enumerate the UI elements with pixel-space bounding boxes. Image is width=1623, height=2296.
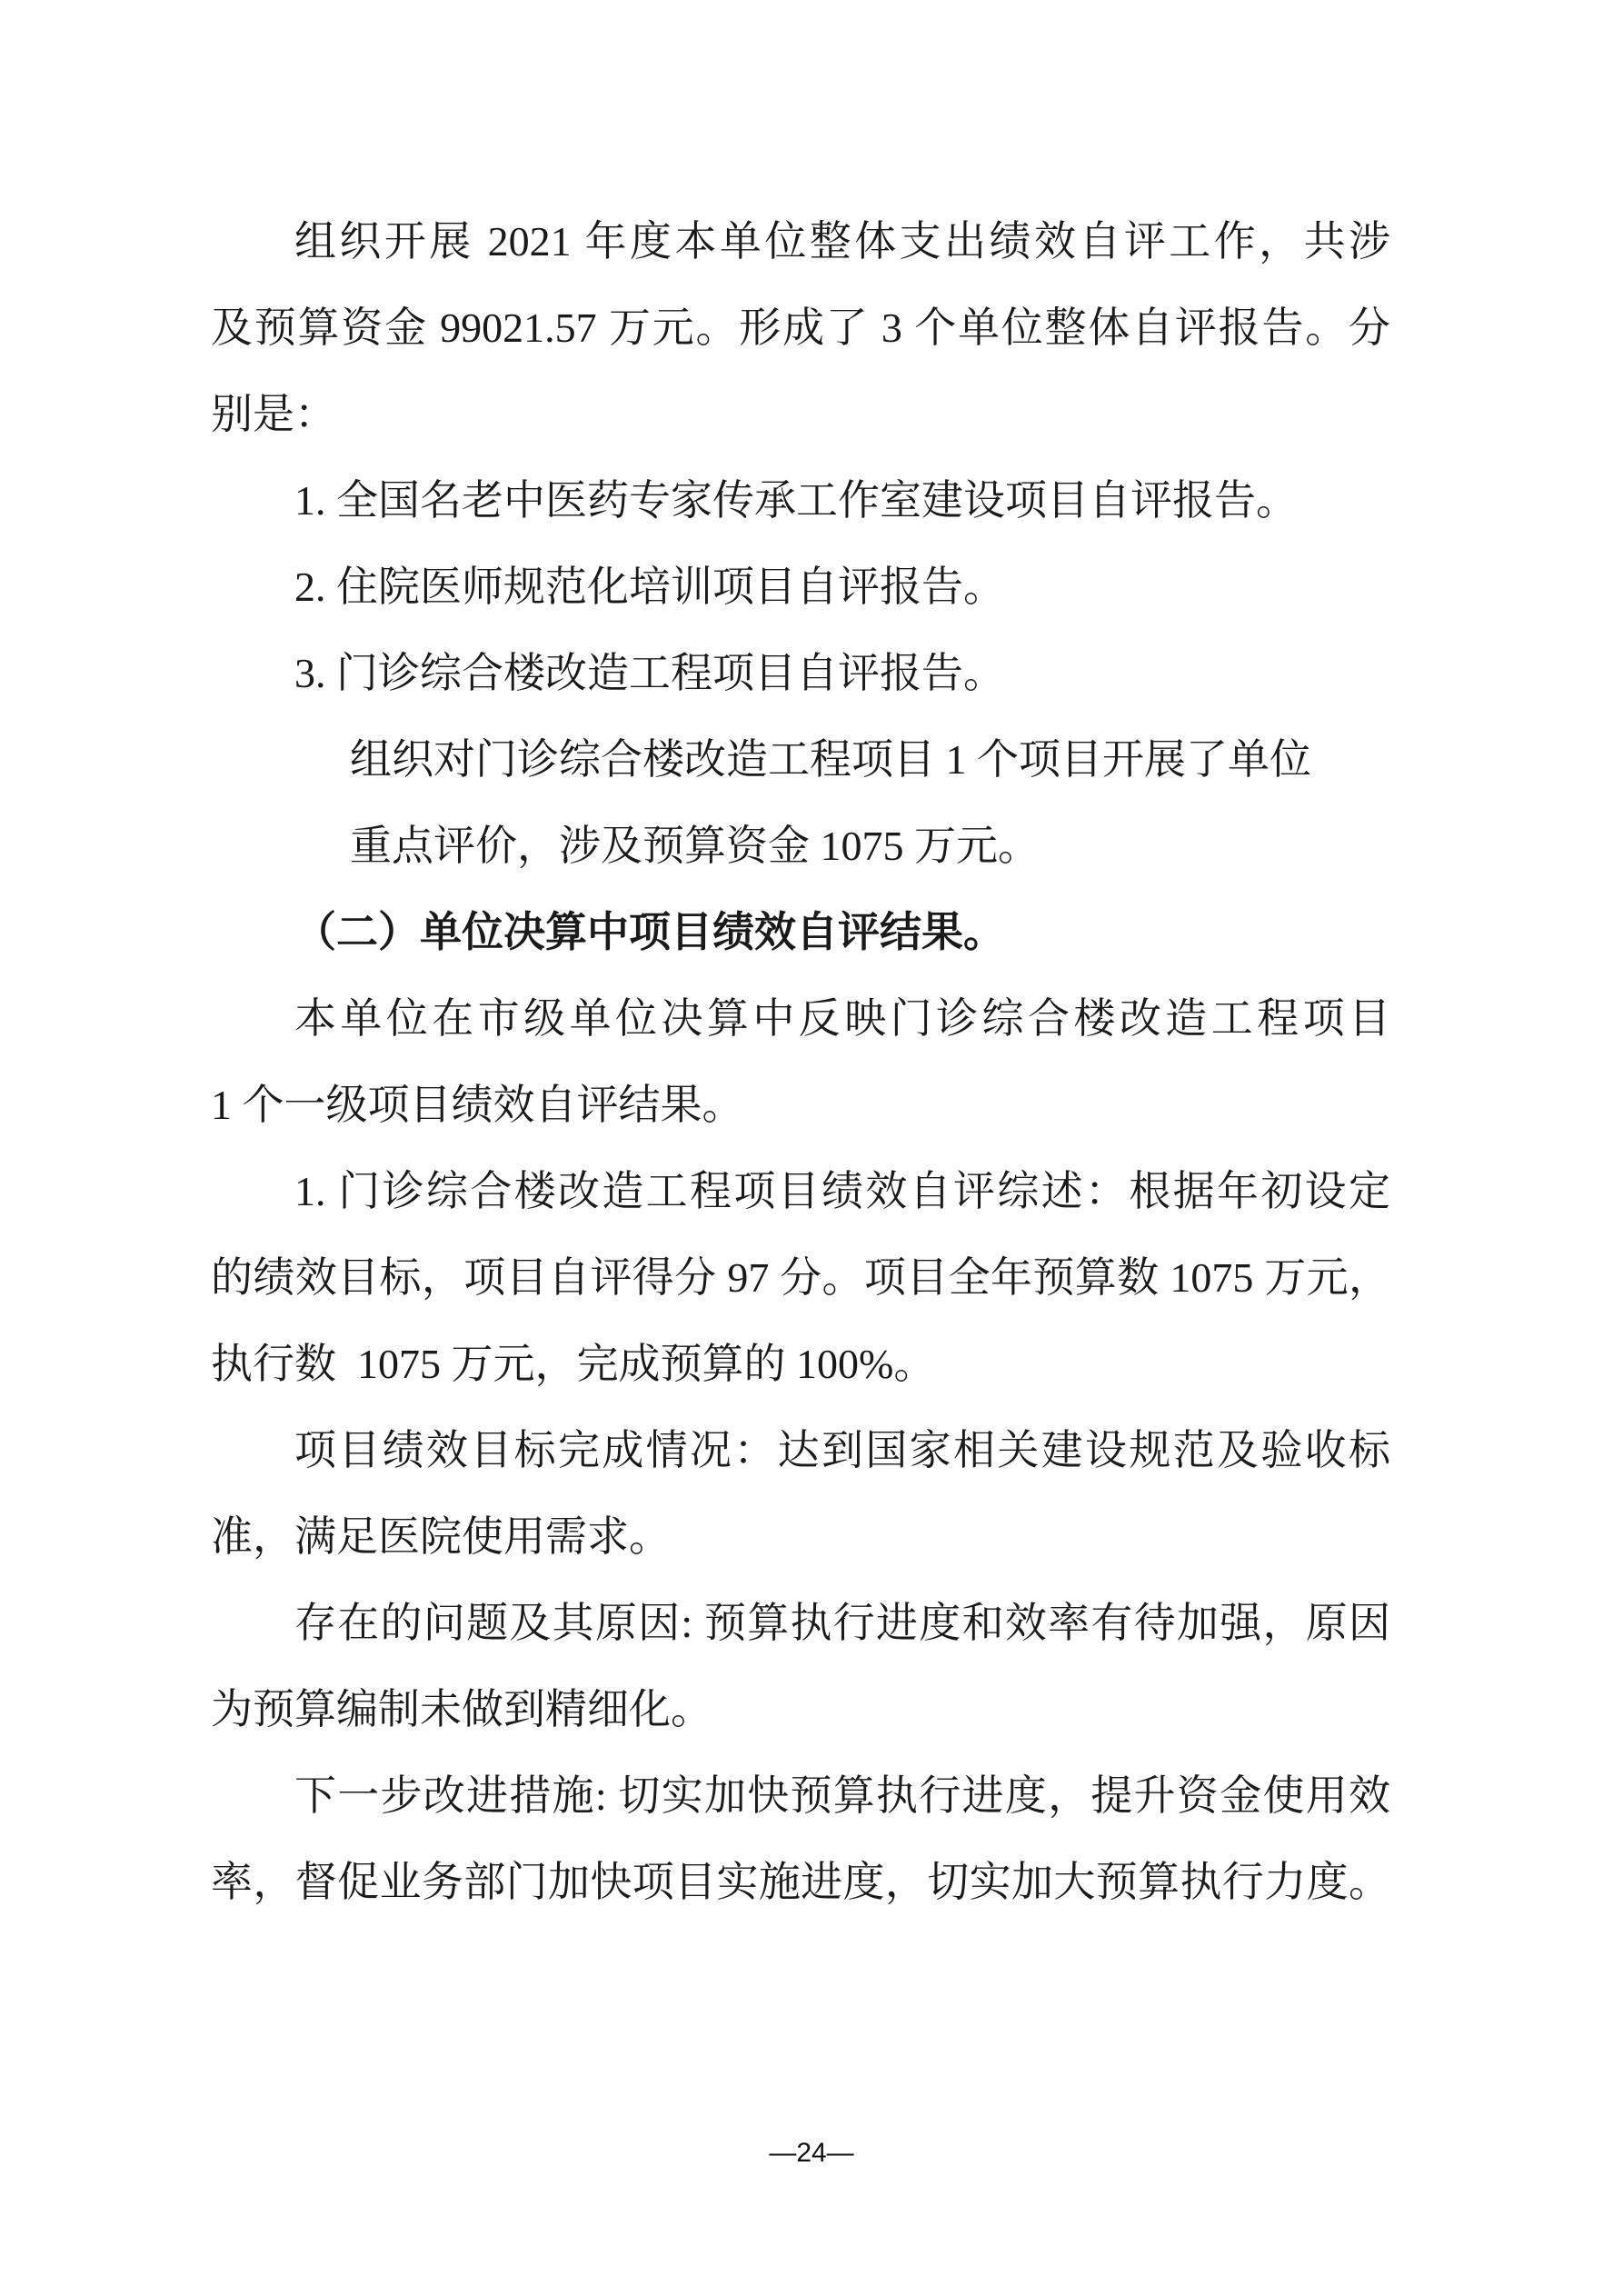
page-footer: —24—: [0, 2138, 1623, 2169]
paragraph-line: 准，满足医院使用需求。: [211, 1493, 1390, 1580]
paragraph-line: 下一步改进措施: 切实加快预算执行进度，提升资金使用效: [211, 1752, 1390, 1839]
paragraph-line: 率，督促业务部门加快项目实施进度，切实加大预算执行力度。: [211, 1839, 1390, 1925]
paragraph-line: 1. 门诊综合楼改造工程项目绩效自评综述：根据年初设定: [211, 1148, 1390, 1234]
paragraph-line: 的绩效目标，项目自评得分 97 分。项目全年预算数 1075 万元，: [211, 1234, 1390, 1321]
indented-note-line: 重点评价，涉及预算资金 1075 万元。: [211, 803, 1390, 889]
paragraph-line: 项目绩效目标完成情况：达到国家相关建设规范及验收标: [211, 1407, 1390, 1493]
indented-note-line: 组织对门诊综合楼改造工程项目 1 个项目开展了单位: [211, 716, 1390, 803]
paragraph-line: 存在的问题及其原因: 预算执行进度和效率有待加强，原因: [211, 1580, 1390, 1666]
section-heading: （二）单位决算中项目绩效自评结果。: [211, 889, 1390, 975]
list-item-3: 3. 门诊综合楼改造工程项目自评报告。: [211, 630, 1390, 716]
list-item-2: 2. 住院医师规范化培训项目自评报告。: [211, 544, 1390, 630]
paragraph-line: 及预算资金 99021.57 万元。形成了 3 个单位整体自评报告。分: [211, 285, 1390, 371]
paragraph-line: 组织开展 2021 年度本单位整体支出绩效自评工作，共涉: [211, 198, 1390, 285]
document-body: 组织开展 2021 年度本单位整体支出绩效自评工作，共涉 及预算资金 99021…: [211, 198, 1390, 1925]
document-page: 组织开展 2021 年度本单位整体支出绩效自评工作，共涉 及预算资金 99021…: [0, 0, 1623, 2296]
paragraph-line: 执行数 1075 万元，完成预算的 100%。: [211, 1321, 1390, 1407]
paragraph-line: 1 个一级项目绩效自评结果。: [211, 1062, 1390, 1148]
list-item-1: 1. 全国名老中医药专家传承工作室建设项目自评报告。: [211, 457, 1390, 544]
paragraph-line: 别是：: [211, 371, 1390, 457]
paragraph-line: 本单位在市级单位决算中反映门诊综合楼改造工程项目: [211, 975, 1390, 1062]
paragraph-line: 为预算编制未做到精细化。: [211, 1666, 1390, 1752]
page-number: —24—: [769, 2138, 853, 2168]
